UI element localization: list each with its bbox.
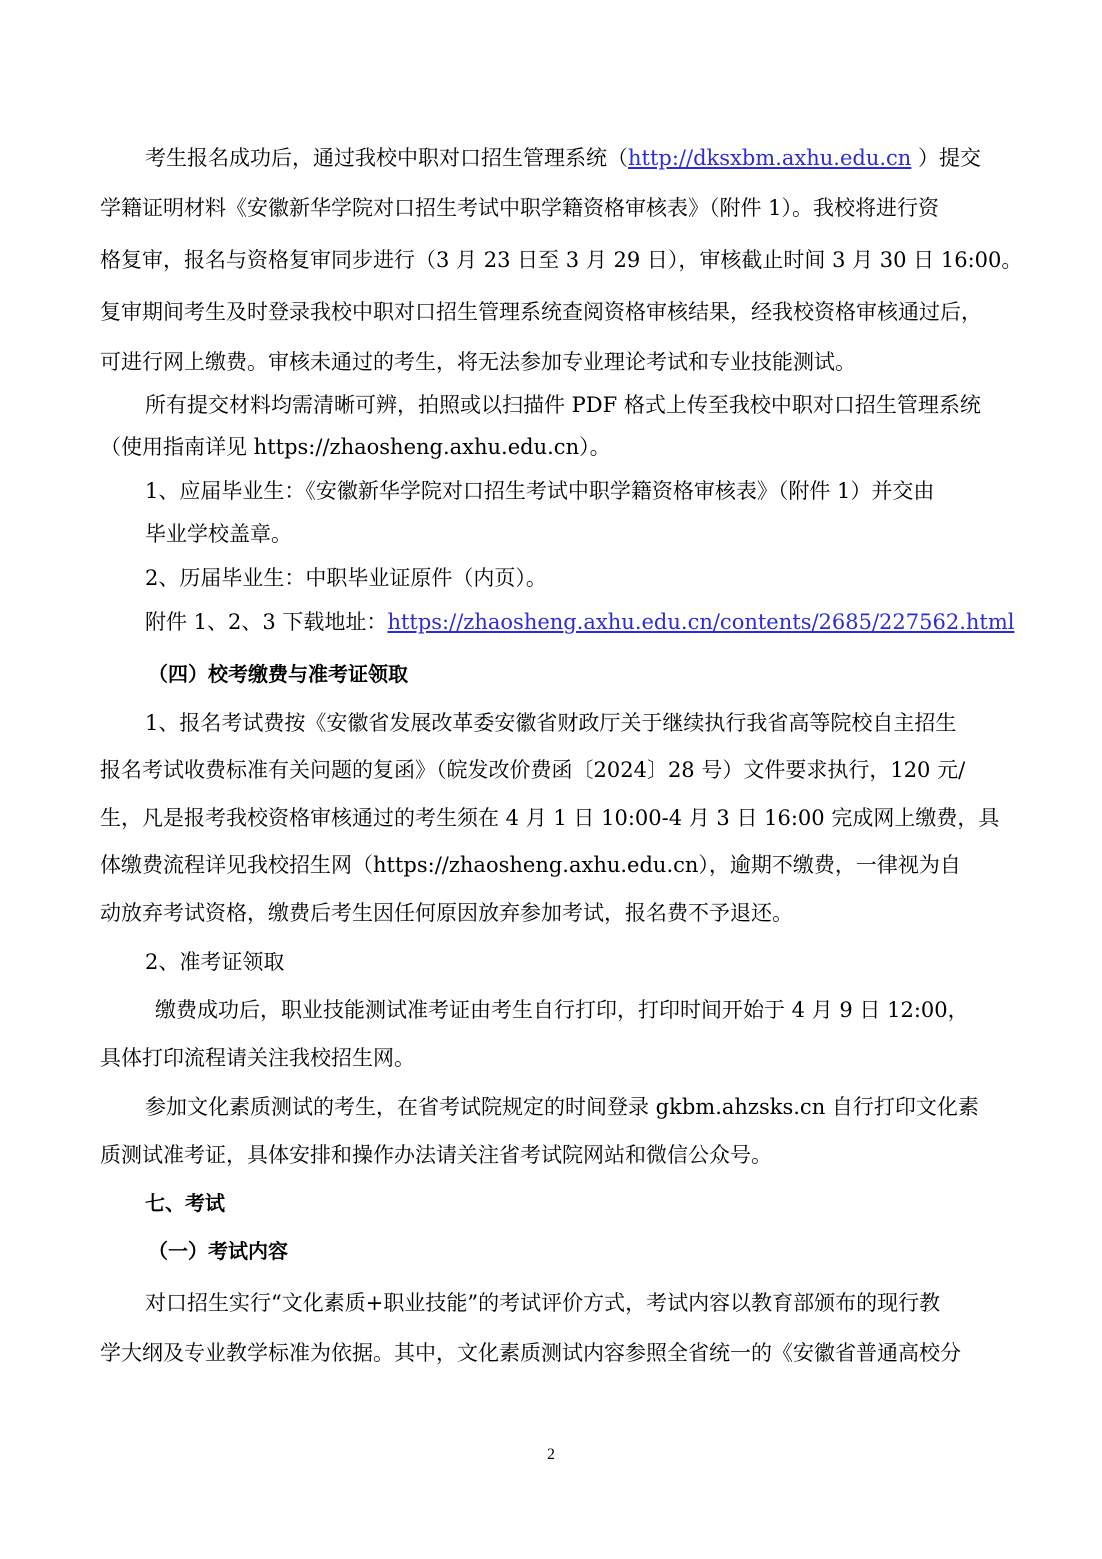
paragraph-line: 所有提交材料均需清晰可辨，拍照或以扫描件 PDF 格式上传至我校中职对口招生管理… [145,390,1020,420]
text: ）提交 [911,146,981,170]
paragraph-line: 缴费成功后，职业技能测试准考证由考生自行打印，打印时间开始于 4 月 9 日 1… [155,995,1075,1025]
paragraph-line: 学大纲及专业教学标准为依据。其中，文化素质测试内容参照全省统一的《安徽省普通高校… [100,1338,1020,1368]
paragraph-line: 参加文化素质测试的考生，在省考试院规定的时间登录 gkbm.ahzsks.cn … [145,1092,1020,1122]
attachments-download-link[interactable]: https://zhaosheng.axhu.edu.cn/contents/2… [387,610,1014,634]
paragraph-line: 生，凡是报考我校资格审核通过的考生须在 4 月 1 日 10:00-4 月 3 … [100,803,1020,833]
list-item-1-cont: 毕业学校盖章。 [145,519,1020,549]
paragraph-line: 学籍证明材料《安徽新华学院对口招生考试中职学籍资格审核表》（附件 1）。我校将进… [100,193,1020,223]
paragraph-line: 具体打印流程请关注我校招生网。 [100,1043,1020,1073]
paragraph-line: 可进行网上缴费。审核未通过的考生，将无法参加专业理论考试和专业技能测试。 [100,347,1020,377]
paragraph-line: 1、报名考试费按《安徽省发展改革委安徽省财政厅关于继续执行我省高等院校自主招生 [145,708,1020,738]
paragraph-line: 动放弃考试资格，缴费后考生因任何原因放弃参加考试，报名费不予退还。 [100,898,1020,928]
paragraph-line: 质测试准考证，具体安排和操作办法请关注省考试院网站和微信公众号。 [100,1140,1020,1170]
registration-system-link[interactable]: http://dksxbm.axhu.edu.cn [628,146,911,170]
list-item-2: 2、历届毕业生：中职毕业证原件（内页）。 [145,563,1020,593]
paragraph-line: 复审期间考生及时登录我校中职对口招生管理系统查阅资格审核结果，经我校资格审核通过… [100,297,1020,327]
section-heading-fee: （四）校考缴费与准考证领取 [148,659,1068,689]
paragraph-line: 对口招生实行“文化素质+职业技能”的考试评价方式，考试内容以教育部颁布的现行教 [145,1288,1020,1318]
subsection-admission-ticket: 2、准考证领取 [145,947,1020,977]
paragraph-line: 体缴费流程详见我校招生网（https://zhaosheng.axhu.edu.… [100,850,1020,880]
page-number: 2 [0,1446,1102,1464]
download-line: 附件 1、2、3 下载地址：https://zhaosheng.axhu.edu… [145,607,1020,637]
text: 考生报名成功后，通过我校中职对口招生管理系统（ [145,146,628,170]
paragraph-line: 格复审，报名与资格复审同步进行（3 月 23 日至 3 月 29 日），审核截止… [100,245,1020,275]
section-heading-exam: 七、考试 [145,1188,1065,1218]
paragraph-line: 报名考试收费标准有关问题的复函》（皖发改价费函〔2024〕28 号）文件要求执行… [100,755,1020,785]
section-heading-exam-content: （一）考试内容 [148,1236,1068,1266]
paragraph-line: （使用指南详见 https://zhaosheng.axhu.edu.cn）。 [100,432,1020,462]
paragraph-line: 考生报名成功后，通过我校中职对口招生管理系统（http://dksxbm.axh… [145,143,1020,173]
list-item-1: 1、应届毕业生：《安徽新华学院对口招生考试中职学籍资格审核表》（附件 1）并交由 [145,476,1020,506]
document-page: 考生报名成功后，通过我校中职对口招生管理系统（http://dksxbm.axh… [0,0,1102,1559]
text: 附件 1、2、3 下载地址： [145,610,387,634]
